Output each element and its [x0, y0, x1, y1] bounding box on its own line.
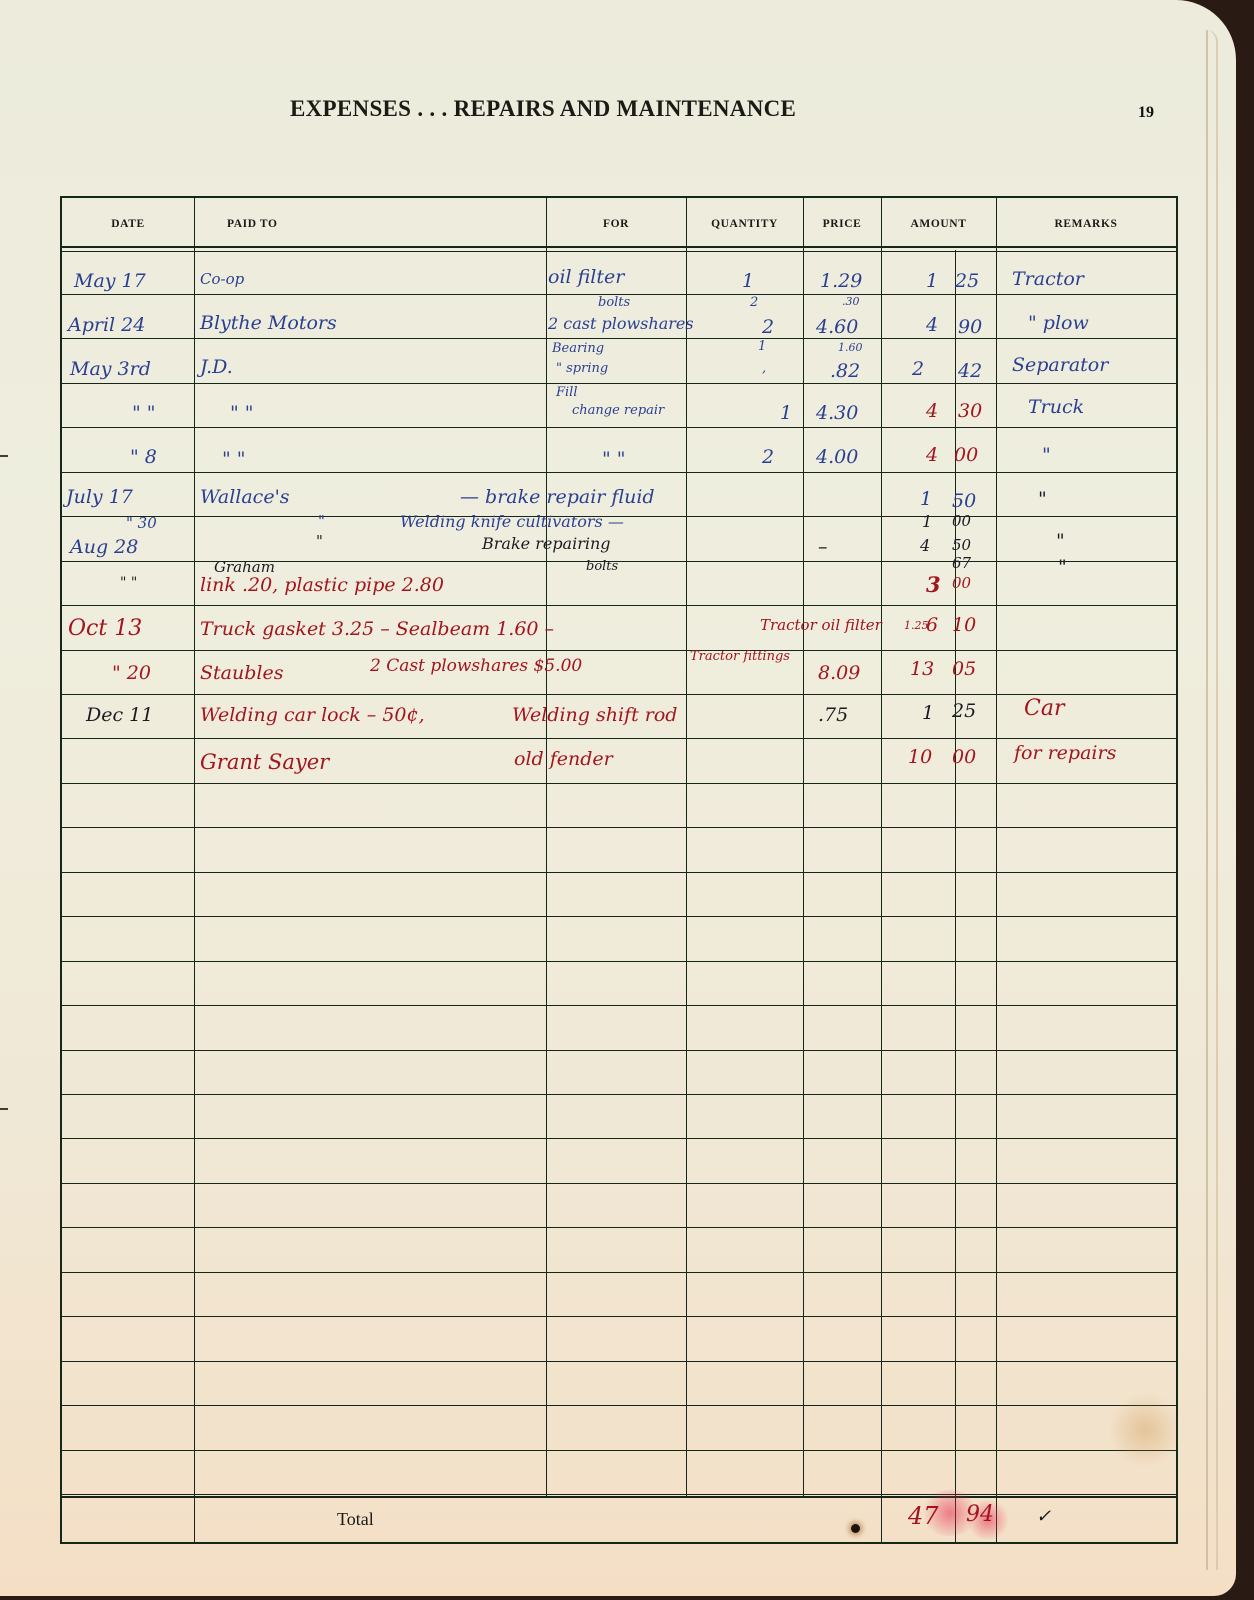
entry-amount-dollars: 4	[926, 446, 938, 465]
entry-amount-cents: 42	[958, 362, 982, 381]
header-price: PRICE	[803, 218, 881, 230]
header-for: FOR	[546, 218, 686, 230]
entry-remarks: " plow	[1028, 314, 1089, 333]
entry-date: April 24	[68, 316, 145, 335]
entry-paid-to: Blythe Motors	[200, 314, 337, 333]
entry-for: Bearing	[552, 342, 604, 355]
entry-amount-cents: 30	[958, 402, 982, 421]
row-rule	[62, 1005, 1176, 1006]
entry-amount-dollars: 1	[920, 490, 932, 509]
entry-paid-to: "	[316, 534, 323, 549]
row-rule	[62, 694, 1176, 695]
col-divider	[546, 198, 547, 1496]
entry-amount-dollars: 1	[922, 514, 932, 530]
entry-amount-cents: 50	[952, 492, 976, 511]
row-rule	[62, 1361, 1176, 1362]
entry-price: .75	[818, 706, 848, 725]
entry-remarks: Tractor	[1012, 270, 1084, 289]
entry-amount-dollars: 3	[926, 574, 941, 595]
row-rule	[62, 916, 1176, 917]
col-divider	[686, 198, 687, 1496]
entry-remarks: Truck	[1028, 398, 1084, 417]
entry-paid-to: link .20, plastic pipe 2.80	[200, 576, 444, 595]
entry-price: 1.29	[820, 272, 862, 291]
page-edge	[1206, 30, 1218, 1570]
row-rule	[62, 1227, 1176, 1228]
entry-remarks: Separator	[1012, 356, 1108, 375]
entry-quantity: 1	[758, 340, 766, 353]
row-rule	[62, 1450, 1176, 1451]
entry-amount-dollars: 13	[910, 660, 934, 679]
row-rule	[62, 738, 1176, 739]
entry-date: May 17	[74, 272, 146, 291]
row-rule	[62, 338, 1176, 339]
entry-for: oil filter	[548, 268, 624, 287]
entry-amount-dollars: 2	[912, 360, 924, 379]
entry-amount-dollars: 10	[908, 748, 932, 767]
entry-date: Dec 11	[86, 706, 153, 725]
total-cents: 94	[966, 1504, 994, 1526]
row-rule	[62, 1272, 1176, 1273]
entry-paid-to: Grant Sayer	[200, 752, 329, 773]
total-label: Total	[337, 1509, 374, 1530]
check-mark-icon: ✓	[1036, 1508, 1051, 1526]
col-divider	[996, 198, 997, 1542]
entry-remarks: Car	[1024, 698, 1064, 720]
entry-amount-dollars: 4	[920, 538, 930, 554]
entry-paid-to: "	[318, 514, 325, 529]
entry-for-note: bolts	[598, 296, 630, 309]
row-rule	[62, 472, 1176, 473]
entry-for: Tractor oil filter	[760, 618, 882, 633]
entry-for-line2: " spring	[556, 362, 608, 375]
entry-amount-cents: 67	[952, 556, 971, 571]
entry-quantity: 1	[780, 404, 792, 423]
entry-paid-to: Staubles	[200, 664, 283, 683]
entry-amount-dollars: 1	[926, 272, 938, 291]
entry-for: 2 cast plowshares	[548, 316, 694, 332]
entry-remarks: for repairs	[1014, 744, 1116, 763]
entry-for: Brake repairing	[482, 536, 611, 552]
row-rule	[62, 1094, 1176, 1095]
entry-paid-to: Wallace's	[200, 488, 290, 507]
entry-paid-to: " "	[230, 404, 254, 423]
entry-paid-to: Graham	[214, 560, 275, 575]
binding-mark	[0, 1108, 8, 1110]
entry-quantity-note: 2	[750, 296, 758, 309]
entry-price-note: .30	[842, 296, 860, 307]
entry-remarks: "	[1056, 532, 1065, 551]
entry-paid-to: Truck gasket 3.25 – Sealbeam 1.60 –	[200, 620, 554, 639]
row-rule	[62, 1405, 1176, 1406]
entry-paid-to: Co-op	[200, 272, 244, 287]
entry-for: Welding knife cultivators —	[400, 514, 624, 530]
entry-date: May 3rd	[70, 360, 151, 379]
entry-quantity: 2	[762, 448, 774, 467]
total-dollars: 47	[908, 1504, 939, 1528]
col-divider	[881, 198, 882, 1542]
entry-for: old fender	[514, 750, 613, 769]
col-divider	[803, 198, 804, 1496]
entry-amount-cents: 00	[952, 576, 971, 591]
entry-date: " 8	[130, 448, 157, 467]
entry-price: 4.60	[816, 318, 858, 337]
header-quantity: QUANTITY	[686, 218, 803, 230]
page-number: 19	[1138, 104, 1154, 122]
entry-for: bolts	[586, 560, 618, 573]
entry-amount-dollars: 4	[926, 402, 938, 421]
row-rule	[62, 961, 1176, 962]
entry-for: Fill	[556, 386, 578, 399]
header-paid-to: PAID TO	[227, 218, 278, 230]
row-rule	[62, 246, 1176, 248]
row-rule	[62, 1494, 1176, 1495]
row-rule	[62, 1316, 1176, 1317]
entry-date: Aug 28	[70, 538, 138, 557]
entry-amount-cents: 00	[952, 514, 971, 529]
entry-amount-dollars: 6	[926, 616, 938, 635]
entry-date: " 30	[126, 516, 157, 531]
entry-price: 4.30	[816, 404, 858, 423]
row-rule	[62, 783, 1176, 784]
row-rule	[62, 605, 1176, 606]
header-amount: AMOUNT	[881, 218, 996, 230]
entry-price-line2: .82	[830, 362, 860, 381]
entry-remarks: "	[1058, 558, 1067, 577]
entry-price: 1.60	[838, 342, 863, 353]
row-rule	[62, 427, 1176, 428]
entry-price: 4.00	[816, 448, 858, 467]
entry-amount-cents: 25	[952, 702, 976, 721]
entry-paid-to: Welding car lock – 50¢,	[200, 706, 425, 725]
header-date: DATE	[62, 218, 194, 230]
entry-for-line2: change repair	[572, 404, 664, 417]
ledger-table: DATE PAID TO FOR QUANTITY PRICE AMOUNT R…	[60, 196, 1178, 1544]
entry-date: " 20	[112, 664, 151, 683]
row-rule	[62, 1138, 1176, 1139]
entry-quantity: 2	[762, 318, 774, 337]
entry-price: –	[818, 538, 828, 557]
entry-amount-dollars: 4	[926, 316, 938, 335]
entry-amount-cents: 00	[954, 446, 978, 465]
punch-hole	[851, 1524, 860, 1533]
entry-amount-cents: 05	[952, 660, 976, 679]
entry-price: 1.25	[904, 620, 929, 631]
header-remarks: REMARKS	[996, 218, 1176, 230]
entry-price: 8.09	[818, 664, 860, 683]
row-rule	[62, 1183, 1176, 1184]
entry-for: " "	[602, 450, 626, 469]
entry-amount-cents: 00	[952, 748, 976, 767]
entry-remarks: "	[1038, 490, 1047, 509]
row-rule	[62, 1050, 1176, 1051]
entry-paid-to: J.D.	[200, 358, 233, 377]
entry-remarks: "	[1042, 446, 1051, 465]
row-rule	[62, 383, 1176, 384]
entry-amount-dollars: 1	[922, 704, 934, 723]
entry-for: Welding shift rod	[512, 706, 677, 725]
entry-amount-cents: 10	[952, 616, 976, 635]
row-rule	[62, 872, 1176, 873]
entry-paid-to: " "	[222, 450, 246, 469]
row-rule	[62, 1496, 1176, 1498]
col-divider	[194, 198, 195, 1542]
row-rule	[62, 827, 1176, 828]
entry-amount-cents: 50	[952, 538, 971, 553]
paper-stain	[1110, 1390, 1180, 1470]
entry-amount-cents: 25	[955, 272, 979, 291]
entry-for: — brake repair fluid	[460, 488, 655, 507]
entry-quantity-line2: ,	[762, 362, 766, 375]
entry-date: " "	[120, 576, 137, 590]
entry-date: Oct 13	[68, 618, 142, 640]
entry-date: " "	[132, 404, 156, 423]
entry-for-note: Tractor fittings	[690, 650, 790, 663]
entry-for: 2 Cast plowshares $5.00	[370, 658, 582, 675]
entry-quantity: 1	[742, 272, 754, 291]
ledger-page: EXPENSES . . . REPAIRS AND MAINTENANCE 1…	[0, 0, 1236, 1596]
binding-mark	[0, 455, 8, 457]
entry-amount-cents: 90	[958, 318, 982, 337]
row-rule	[62, 251, 1176, 252]
page-title: EXPENSES . . . REPAIRS AND MAINTENANCE	[290, 96, 970, 122]
entry-date: July 17	[66, 488, 133, 507]
row-rule	[62, 650, 1176, 651]
